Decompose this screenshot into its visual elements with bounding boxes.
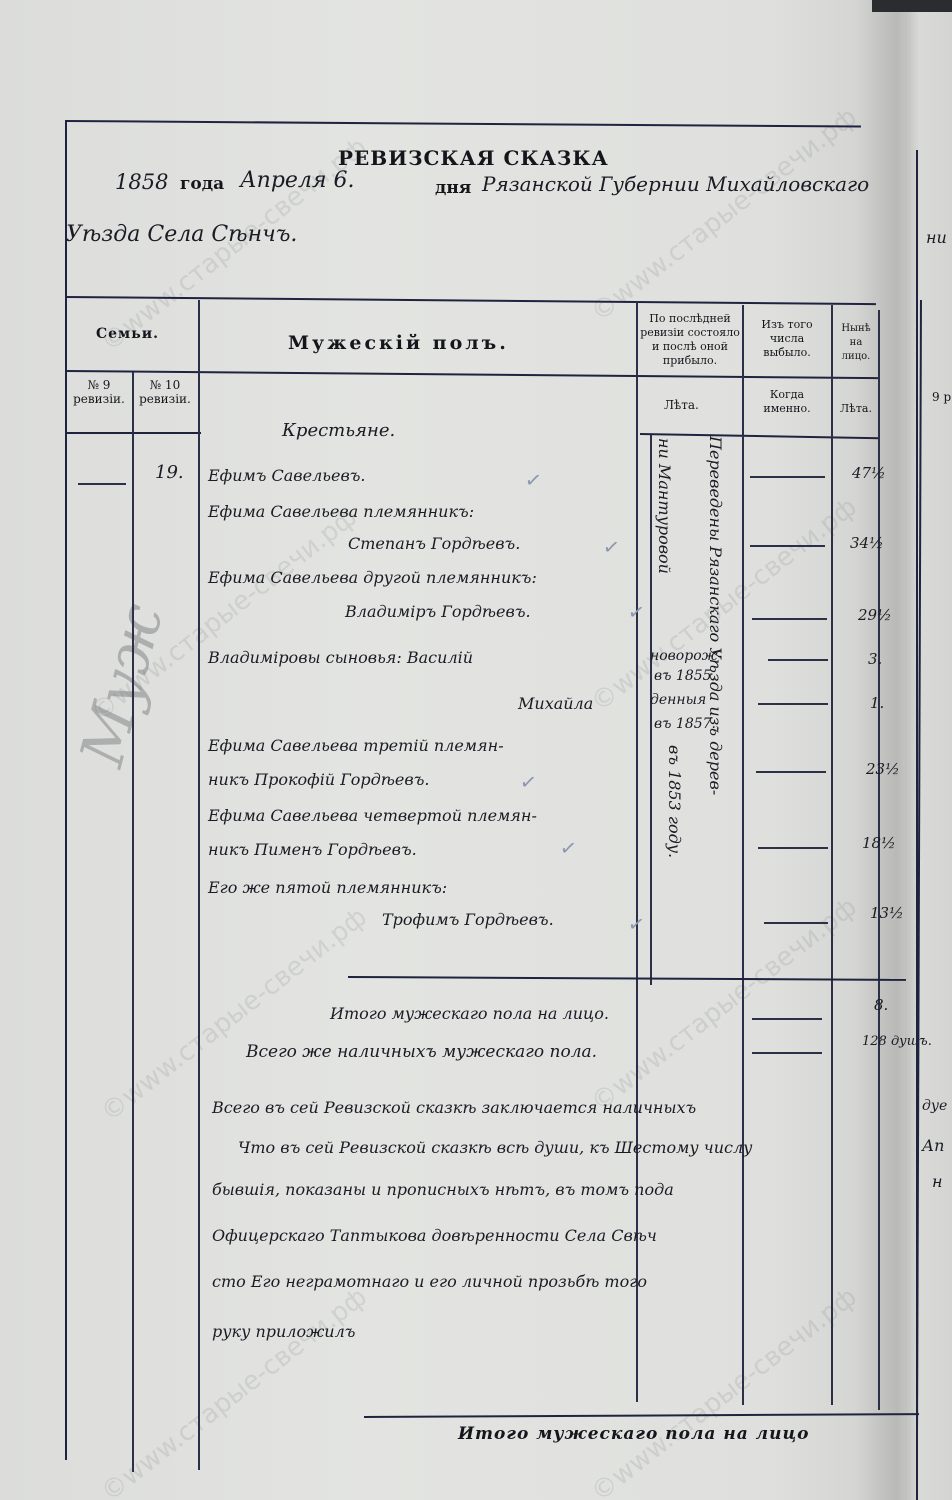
row-11: никъ Пименъ Гордѣевъ.: [208, 840, 417, 859]
present-age-9: 23½: [866, 760, 900, 778]
present-age-7: 1.: [870, 694, 884, 712]
row-4: Ефима Савельева другой племянникъ:: [208, 568, 537, 587]
footer-label: Итого мужескаго пола на лицо: [458, 1424, 809, 1444]
col-line-families: [198, 300, 200, 1470]
book-edge: [872, 0, 952, 12]
facing-fragment: Ап: [922, 1136, 944, 1155]
family-number: 19.: [155, 462, 184, 483]
closing-line-3: бывшія, показаны и прописныхъ нѣтъ, въ т…: [212, 1180, 674, 1199]
check-mark: ✓: [558, 835, 578, 861]
total-dash: [752, 1052, 822, 1054]
present-age-5: 29½: [858, 606, 892, 624]
closing-line-6: руку приложилъ: [212, 1322, 355, 1341]
present-age-1: 47½: [852, 464, 886, 482]
header-departed: Изъ того числа выбыло.: [746, 318, 828, 360]
document-title: РЕВИЗСКАЯ СКАЗКА: [338, 146, 609, 170]
header-rev9: № 9 ревизіи.: [68, 378, 130, 406]
row-6: Владиміровы сыновья: Василій: [208, 648, 473, 667]
check-mark: ✓: [523, 467, 543, 493]
header-when: Когда именно.: [746, 388, 828, 416]
col-line-rev9: [132, 372, 134, 1472]
row-1: Ефимъ Савельевъ.: [208, 466, 366, 485]
present-age-11: 18½: [862, 834, 896, 852]
when-dash: [750, 545, 825, 547]
when-dash: [764, 922, 828, 924]
subtotal-dash: [752, 1018, 822, 1020]
vertical-note-2a: ни Мантуровой: [655, 438, 674, 668]
header-goda: года: [180, 174, 224, 194]
present-age-13: 13½: [870, 904, 904, 922]
check-mark: ✓: [518, 769, 538, 795]
header-year: 1858: [115, 170, 168, 194]
header-years: Лѣта.: [664, 398, 699, 412]
facing-fragment: дуе: [922, 1098, 947, 1114]
born-note-2a: денныя: [650, 692, 706, 708]
when-dash: [750, 476, 825, 478]
row-13: Трофимъ Гордѣевъ.: [382, 910, 554, 929]
when-dash: [768, 659, 828, 661]
frame-left-line: [65, 120, 67, 1460]
facing-page: [905, 0, 952, 1500]
when-dash: [758, 703, 828, 705]
col-line-when: [831, 305, 833, 1405]
subheader-line-left: [66, 432, 201, 434]
present-age-3: 34½: [850, 534, 884, 552]
subtotal-label: Итого мужескаго пола на лицо.: [330, 1004, 609, 1023]
row-12: Его же пятой племянникъ:: [208, 878, 447, 897]
closing-line-2: Что въ сей Ревизской сказкѣ всѣ души, къ…: [238, 1138, 752, 1157]
row-2: Ефима Савельева племянникъ:: [208, 502, 474, 521]
when-dash: [758, 847, 828, 849]
rev9-dash: [78, 483, 126, 485]
header-male: Мужескій полъ.: [288, 332, 509, 354]
born-note-1a: новорож-: [650, 648, 722, 664]
check-mark: ✓: [626, 599, 646, 625]
present-age-6: 3.: [868, 650, 882, 668]
when-dash: [756, 771, 826, 773]
header-present: Нынѣ на лицо.: [834, 322, 878, 364]
header-years2: Лѣта.: [840, 402, 872, 416]
row-3: Степанъ Гордѣевъ.: [348, 534, 520, 553]
check-mark: ✓: [626, 911, 646, 937]
header-rev10: № 10 ревизіи.: [134, 378, 196, 406]
closing-line-5: сто Его неграмотнаго и его личной прозьб…: [212, 1272, 647, 1291]
row-10: Ефима Савельева четвертой племян-: [208, 806, 537, 825]
row-9: никъ Прокофій Гордѣевъ.: [208, 770, 429, 789]
closing-line-4: Офицерскаго Таптыкова довѣренности Села …: [212, 1226, 657, 1245]
total-label: Всего же наличныхъ мужескаго пола.: [246, 1042, 597, 1062]
facing-fragment: н: [932, 1172, 943, 1191]
row-7: Михайла: [518, 694, 593, 713]
row-5: Владиміръ Гордѣевъ.: [345, 602, 531, 621]
closing-line-1: Всего въ сей Ревизской сказкѣ заключаетс…: [212, 1098, 696, 1117]
facing-fragment: ни: [926, 228, 947, 247]
subtotal-value: 8.: [874, 996, 888, 1014]
header-dnya: дня: [435, 178, 471, 198]
check-mark: ✓: [601, 534, 621, 560]
row-8: Ефима Савельева третій племян-: [208, 736, 504, 755]
header-month-day: Апреля 6.: [240, 168, 355, 193]
born-note-1b: въ 1855.: [654, 668, 716, 684]
header-place: Рязанской Губернии Михайловскаго: [482, 172, 869, 196]
header-families: Семьи.: [96, 326, 159, 342]
header-last-revision: По послѣдней ревизіи состояло и послѣ он…: [638, 312, 742, 368]
header-uezd: Уѣзда Села Сѣнчъ.: [66, 222, 297, 247]
total-value: 128 душъ.: [862, 1034, 932, 1049]
facing-frame-line: [916, 150, 918, 1500]
col-line-years: [742, 305, 744, 1405]
when-dash: [752, 618, 827, 620]
vertical-note-2b: въ 1853 году.: [665, 745, 684, 895]
col-line-vertnote: [650, 435, 652, 985]
born-note-2b: въ 1857.: [654, 716, 716, 732]
facing-fragment: 9 р: [932, 390, 951, 404]
estate-label: Крестьяне.: [282, 420, 395, 441]
